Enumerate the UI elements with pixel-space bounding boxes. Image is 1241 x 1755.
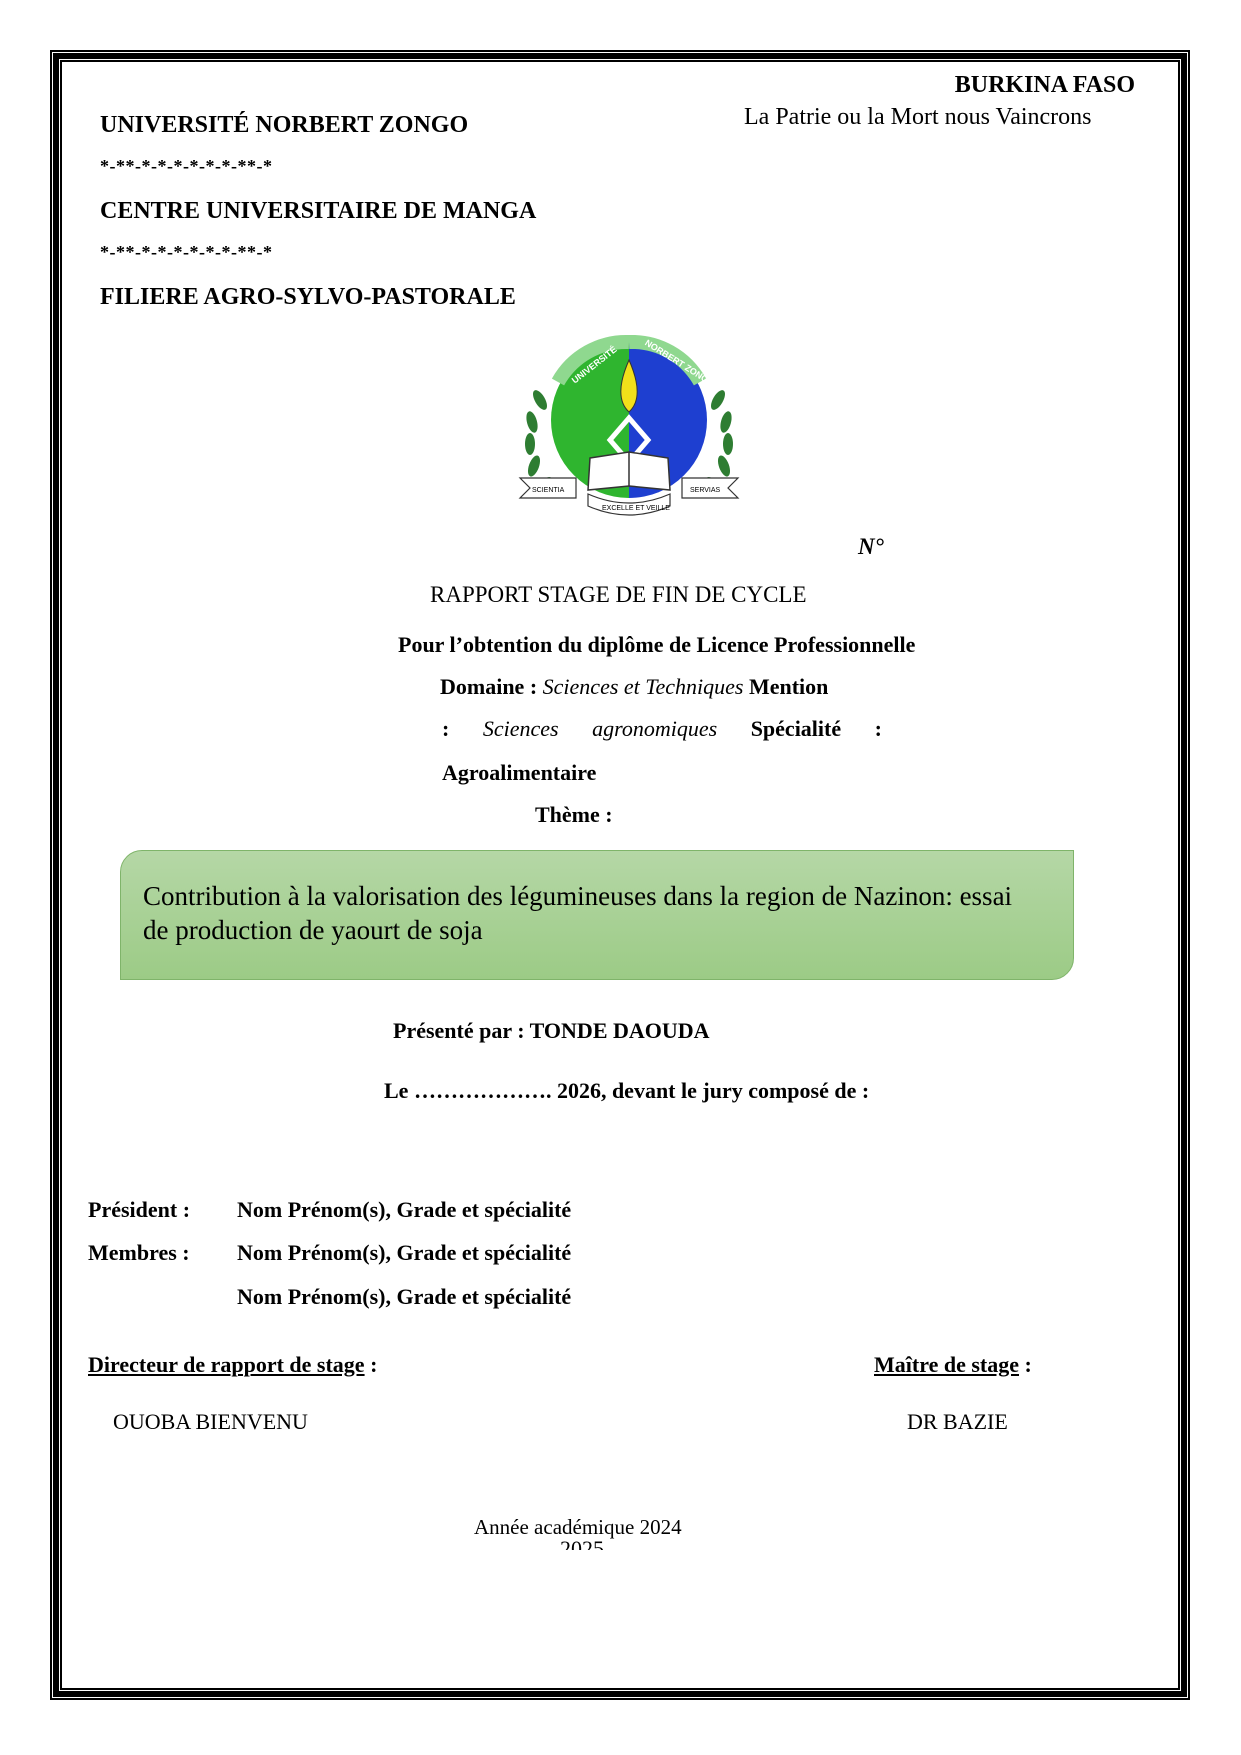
domaine-label: Domaine : <box>440 674 537 699</box>
academic-year-cut: 2025 <box>560 1540 604 1550</box>
country-name: BURKINA FASO <box>955 72 1135 99</box>
filiere-name: FILIERE AGRO-SYLVO-PASTORALE <box>100 284 516 311</box>
national-motto: La Patrie ou la Mort nous Vaincrons <box>744 104 1092 131</box>
report-type: RAPPORT STAGE DE FIN DE CYCLE <box>430 582 807 608</box>
specialite-value: Agroalimentaire <box>442 760 596 786</box>
svg-text:EXCELLE ET VEILLE: EXCELLE ET VEILLE <box>602 505 670 512</box>
center-name: CENTRE UNIVERSITAIRE DE MANGA <box>100 198 536 225</box>
members-label: Membres : <box>88 1240 190 1266</box>
separator-1: *-**-*-*-*-*-*-*-**-* <box>100 156 272 177</box>
domaine-line: Domaine : Sciences et Techniques Mention <box>440 674 828 700</box>
director-name: OUOBA BIENVENU <box>113 1409 308 1435</box>
specialite-label: Spécialité <box>751 716 841 742</box>
jury-entry-member-1: Nom Prénom(s), Grade et spécialité <box>237 1240 571 1266</box>
domaine-value: Sciences et Techniques <box>543 674 744 699</box>
supervisor-name: DR BAZIE <box>907 1409 1008 1435</box>
director-label: Directeur de rapport de stage : <box>88 1352 377 1378</box>
jury-entry-member-2: Nom Prénom(s), Grade et spécialité <box>237 1284 571 1310</box>
jury-entry-president: Nom Prénom(s), Grade et spécialité <box>237 1197 571 1223</box>
date-line: Le ………………. 2026, devant le jury composé … <box>384 1078 869 1104</box>
theme-box: Contribution à la valorisation des légum… <box>120 850 1074 980</box>
mention-line: : Sciences agronomiques Spécialité : <box>442 716 882 742</box>
university-logo: UNIVERSITÉ NORBERT ZONGO SCIENTIA SERVIA… <box>518 330 740 520</box>
svg-text:SCIENTIA: SCIENTIA <box>532 487 565 494</box>
mention-value-1: Sciences <box>483 716 559 742</box>
university-name: UNIVERSITÉ NORBERT ZONGO <box>100 112 468 139</box>
president-label: Président : <box>88 1197 190 1223</box>
mention-label: Mention <box>749 674 828 699</box>
report-number-label: N° <box>858 534 884 560</box>
diploma-line: Pour l’obtention du diplôme de Licence P… <box>398 632 915 658</box>
theme-title: Contribution à la valorisation des légum… <box>143 879 1043 947</box>
mention-value-2: agronomiques <box>592 716 717 742</box>
supervisor-label: Maître de stage : <box>874 1352 1032 1378</box>
presented-by: Présenté par : TONDE DAOUDA <box>393 1018 710 1044</box>
theme-label: Thème : <box>535 802 613 828</box>
academic-year: Année académique 2024 <box>474 1515 682 1540</box>
svg-text:SERVIAS: SERVIAS <box>690 487 721 494</box>
separator-2: *-**-*-*-*-*-*-*-**-* <box>100 242 272 263</box>
